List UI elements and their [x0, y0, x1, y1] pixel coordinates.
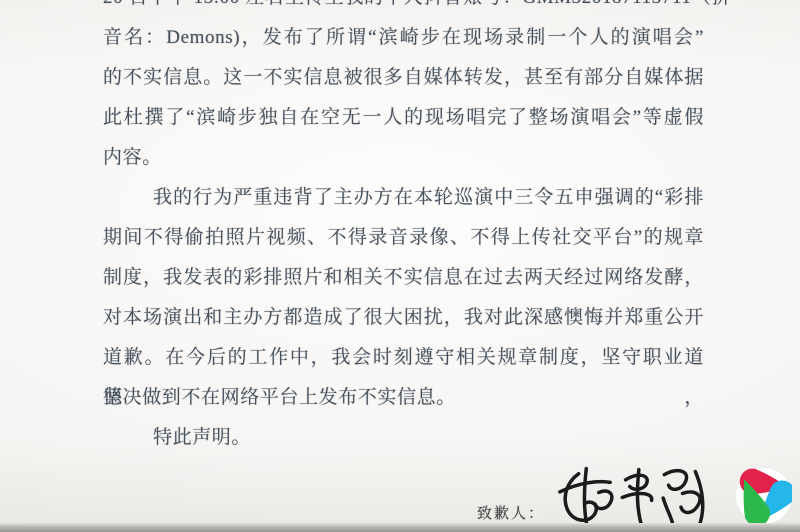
text-line: 对本场演出和主办方都造成了很大困扰，我对此深感懊悔并郑重公开: [103, 298, 704, 338]
text-line: 我的行为严重违背了主办方在本轮巡演中三令五申强调的“彩排: [103, 178, 704, 218]
document-photo: 20 日下午 13:00 左右上传至我的个人抖音账号：GMM3201871137…: [0, 0, 800, 532]
photo-bottom-edge: [0, 523, 800, 532]
signer-label: 致歉人：: [477, 502, 545, 523]
text-line: 特此声明。: [103, 418, 704, 458]
statement-body: 20 日下午 13:00 左右上传至我的个人抖音账号：GMM3201871137…: [103, 0, 704, 458]
text-line: 期间不得偷拍照片视频、不得录音录像、不得上传社交平台”的规章: [103, 218, 704, 258]
tri-petal-pinwheel-logo-icon: [736, 466, 792, 528]
text-line: 制度，我发表的彩排照片和相关不实信息在过去两天经过网络发酵，: [103, 258, 704, 298]
handwritten-signature-icon: [549, 461, 721, 532]
text-line: 20 日下午 13:00 左右上传至我的个人抖音账号：GMM3201871137…: [103, 0, 731, 18]
text-line: 此杜撰了“滨崎步独自在空无一人的现场唱完了整场演唱会”等虚假: [103, 98, 704, 138]
text-line: 道歉。在今后的工作中，我会时刻遵守相关规章制度，坚守职业道德，: [103, 338, 704, 378]
text-line: 音名：Demons)，发布了所谓“滨崎步在现场录制一个人的演唱会”: [103, 18, 704, 58]
text-line: 的不实信息。这一不实信息被很多自媒体转发，甚至有部分自媒体据: [103, 58, 704, 98]
text-line: 内容。: [103, 138, 704, 178]
